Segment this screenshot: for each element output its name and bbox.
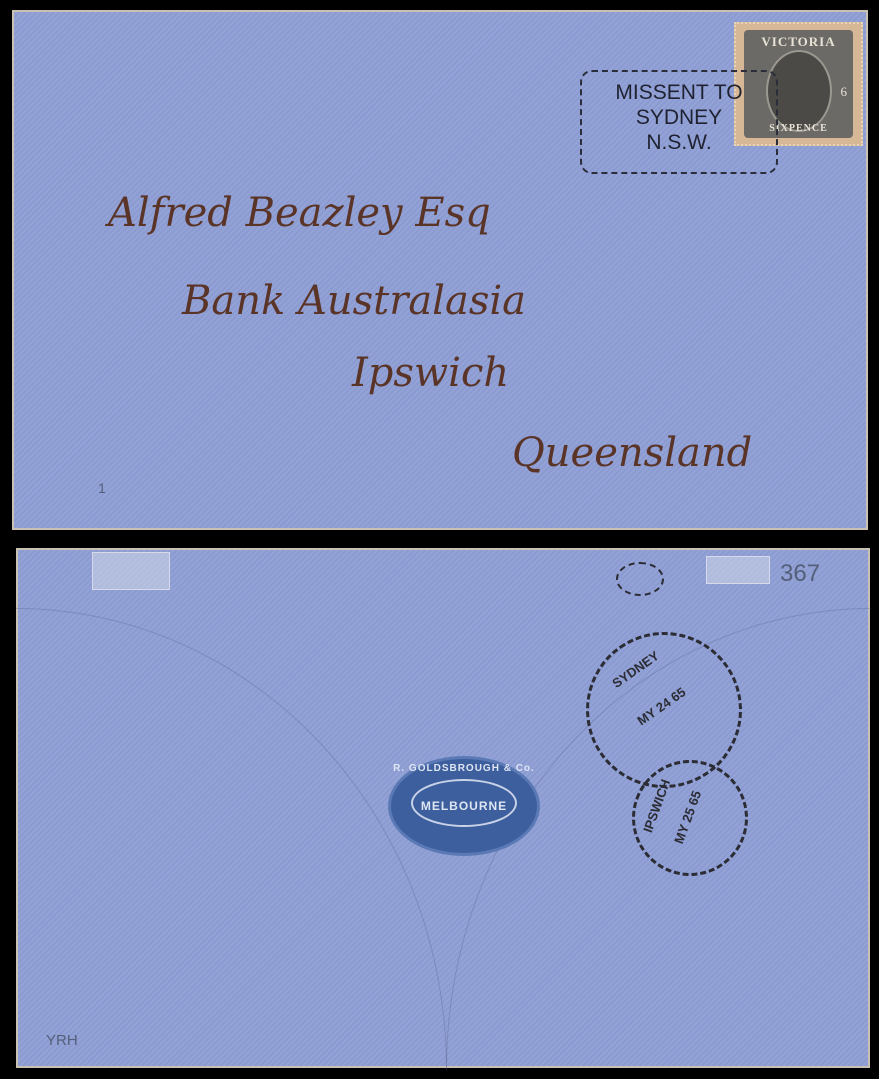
missent-handstamp: MISSENT TO SYDNEY N.S.W.: [580, 70, 778, 174]
handstamp-line1: MISSENT TO: [582, 80, 776, 105]
envelope-flap-left: [16, 608, 447, 1069]
handstamp-line2: SYDNEY: [582, 105, 776, 130]
partial-postmark: [616, 562, 664, 596]
address-town: Ipswich: [352, 350, 509, 396]
seal-company: R. GOLDSBROUGH & Co.: [391, 763, 537, 774]
seal-city: MELBOURNE: [391, 799, 537, 813]
address-bank: Bank Australasia: [182, 278, 526, 324]
hinge-tape-right: [706, 556, 770, 584]
goldsbrough-seal: R. GOLDSBROUGH & Co. MELBOURNE: [388, 756, 540, 856]
pencil-number: 367: [780, 560, 820, 588]
pencil-initials: YRH: [46, 1032, 78, 1049]
envelope-back: 367 R. GOLDSBROUGH & Co. MELBOURNE SYDNE…: [16, 548, 870, 1068]
handstamp-line3: N.S.W.: [582, 130, 776, 155]
stamp-value: 6: [841, 84, 848, 100]
stamp-country: VICTORIA: [744, 34, 853, 50]
envelope-front: VICTORIA 6 SIXPENCE MISSENT TO SYDNEY N.…: [12, 10, 868, 530]
corner-pencil-mark: 1: [98, 480, 106, 496]
address-name: Alfred Beazley Esq: [108, 190, 491, 236]
hinge-tape-left: [92, 552, 170, 590]
address-colony: Queensland: [512, 430, 752, 476]
